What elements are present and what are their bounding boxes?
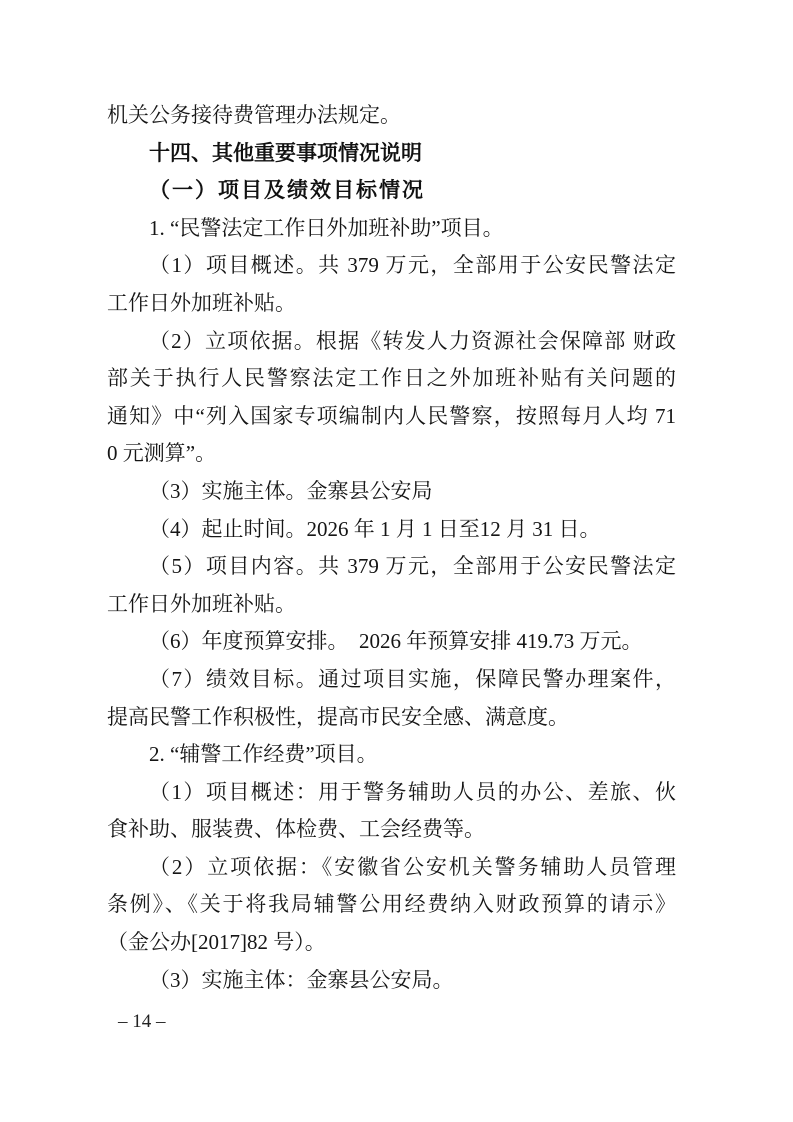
- paragraph: 1. “民警法定工作日外加班补助”项目。: [107, 210, 676, 248]
- text-line: （一）项目及绩效目标情况: [107, 172, 676, 210]
- text-line: （3）实施主体：金寨县公安局。: [107, 962, 676, 1000]
- text-line: （4）起止时间。2026 年 1 月 1 日至12 月 31 日。: [107, 511, 676, 549]
- text-line: （1）项目概述：用于警务辅助人员的办公、差旅、伙: [107, 774, 676, 812]
- paragraph: （1）项目概述：用于警务辅助人员的办公、差旅、伙食补助、服装费、体检费、工会经费…: [107, 774, 676, 849]
- text-line: 部关于执行人民警察法定工作日之外加班补贴有关问题的: [107, 360, 676, 398]
- paragraph: （一）项目及绩效目标情况: [107, 172, 676, 210]
- text-line: 1. “民警法定工作日外加班补助”项目。: [107, 210, 676, 248]
- text-line: 提高民警工作积极性，提高市民安全感、满意度。: [107, 699, 676, 737]
- text-line: 0 元测算”。: [107, 435, 676, 473]
- paragraph: （5）项目内容。共 379 万元，全部用于公安民警法定工作日外加班补贴。: [107, 548, 676, 623]
- text-line: （6）年度预算安排。 2026 年预算安排 419.73 万元。: [107, 623, 676, 661]
- text-line: （3）实施主体。金寨县公安局: [107, 473, 676, 511]
- paragraph: （3）实施主体。金寨县公安局: [107, 473, 676, 511]
- text-line: （2）立项依据。根据《转发人力资源社会保障部 财政: [107, 323, 676, 361]
- paragraph: 十四、其他重要事项情况说明: [107, 135, 676, 173]
- text-line: 工作日外加班补贴。: [107, 285, 676, 323]
- paragraph: （2）立项依据。根据《转发人力资源社会保障部 财政部关于执行人民警察法定工作日之…: [107, 323, 676, 473]
- text-line: 食补助、服装费、体检费、工会经费等。: [107, 811, 676, 849]
- text-line: 机关公务接待费管理办法规定。: [107, 97, 676, 135]
- text-line: 工作日外加班补贴。: [107, 586, 676, 624]
- paragraph: （6）年度预算安排。 2026 年预算安排 419.73 万元。: [107, 623, 676, 661]
- text-line: 2. “辅警工作经费”项目。: [107, 736, 676, 774]
- text-line: （1）项目概述。共 379 万元，全部用于公安民警法定: [107, 247, 676, 285]
- paragraph: （3）实施主体：金寨县公安局。: [107, 962, 676, 1000]
- text-line: （金公办[2017]82 号）。: [107, 924, 676, 962]
- paragraph: 机关公务接待费管理办法规定。: [107, 97, 676, 135]
- document-page: 机关公务接待费管理办法规定。十四、其他重要事项情况说明（一）项目及绩效目标情况1…: [0, 0, 793, 1122]
- text-line: （2）立项依据：《安徽省公安机关警务辅助人员管理: [107, 849, 676, 887]
- text-line: （5）项目内容。共 379 万元，全部用于公安民警法定: [107, 548, 676, 586]
- paragraph: （4）起止时间。2026 年 1 月 1 日至12 月 31 日。: [107, 511, 676, 549]
- paragraph: 2. “辅警工作经费”项目。: [107, 736, 676, 774]
- text-line: 通知》中“列入国家专项编制内人民警察，按照每月人均 71: [107, 398, 676, 436]
- text-line: 条例》、《关于将我局辅警公用经费纳入财政预算的请示》: [107, 886, 676, 924]
- paragraph: （2）立项依据：《安徽省公安机关警务辅助人员管理条例》、《关于将我局辅警公用经费…: [107, 849, 676, 962]
- paragraph: （1）项目概述。共 379 万元，全部用于公安民警法定工作日外加班补贴。: [107, 247, 676, 322]
- text-line: （7）绩效目标。通过项目实施，保障民警办理案件，: [107, 661, 676, 699]
- paragraph: （7）绩效目标。通过项目实施，保障民警办理案件，提高民警工作积极性，提高市民安全…: [107, 661, 676, 736]
- document-body: 机关公务接待费管理办法规定。十四、其他重要事项情况说明（一）项目及绩效目标情况1…: [107, 97, 676, 999]
- text-line: 十四、其他重要事项情况说明: [107, 135, 676, 173]
- page-number: – 14 –: [118, 1010, 166, 1034]
